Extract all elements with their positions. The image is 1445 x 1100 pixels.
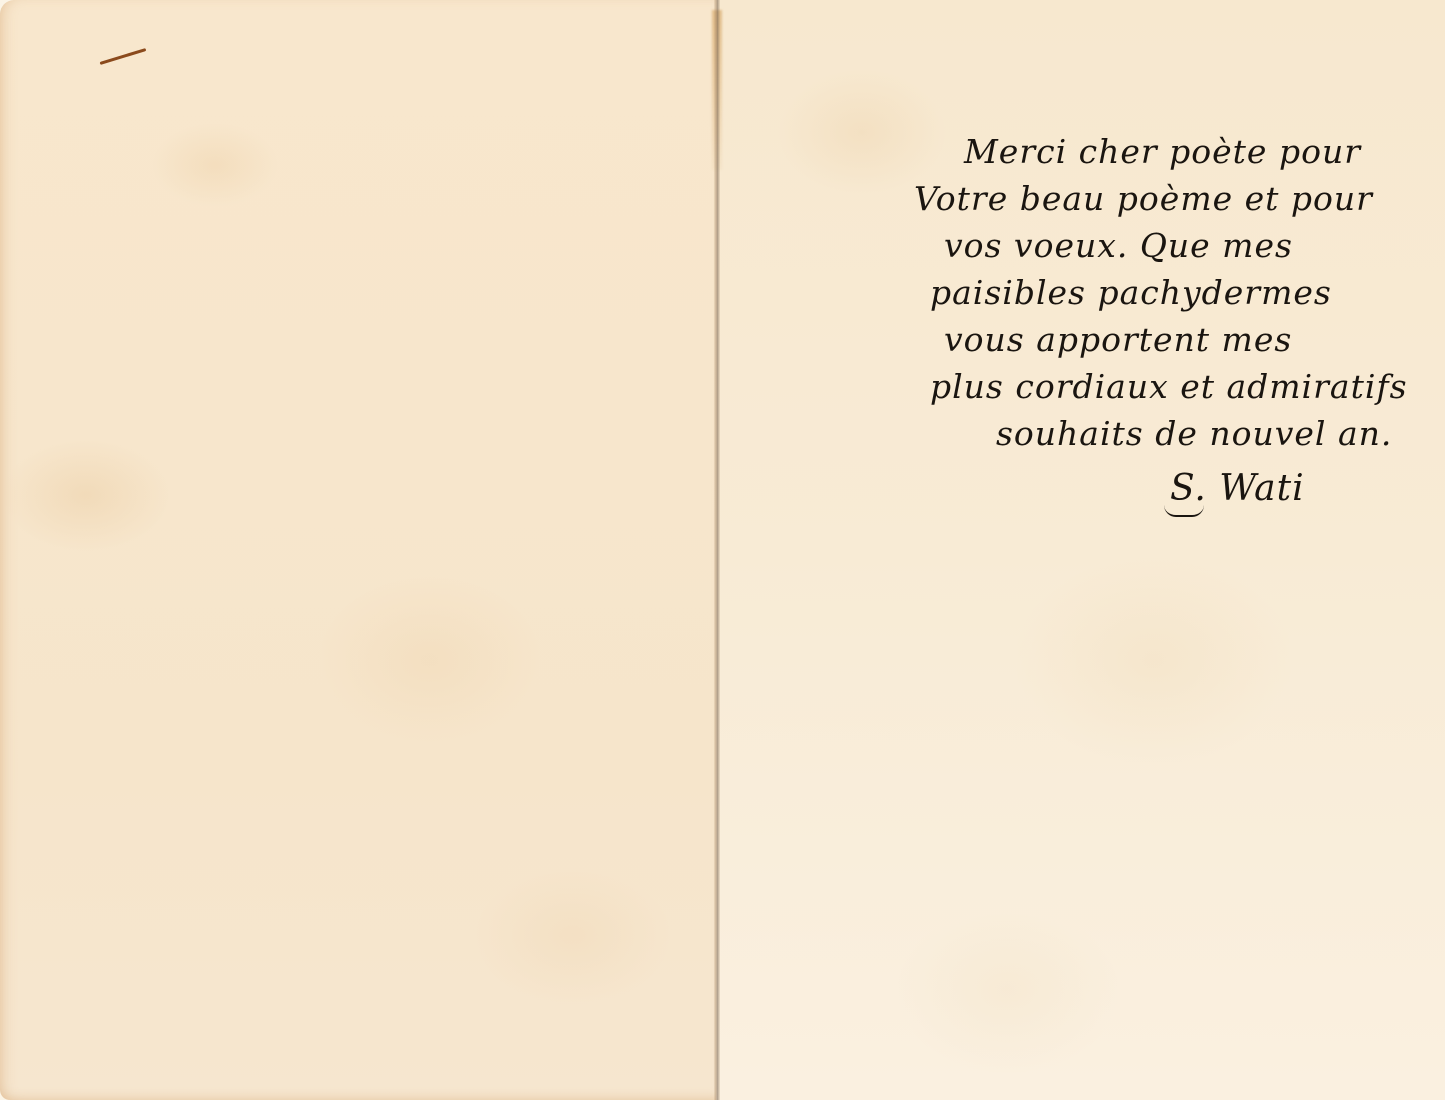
letter-line: Votre beau poème et pour — [900, 175, 1420, 222]
scanned-letter: Merci cher poète pour Votre beau poème e… — [0, 0, 1445, 1100]
letter-line: vos voeux. Que mes — [900, 222, 1420, 269]
left-page-blank — [0, 0, 716, 1100]
letter-line: paisibles pachydermes — [900, 269, 1420, 316]
letter-body: Merci cher poète pour Votre beau poème e… — [900, 128, 1420, 457]
signature: S. Wati — [1170, 468, 1305, 509]
letter-line: Merci cher poète pour — [900, 128, 1420, 175]
letter-line: vous apportent mes — [900, 316, 1420, 363]
center-fold — [714, 0, 720, 1100]
letter-line: plus cordiaux et admiratifs — [900, 363, 1420, 410]
signature-flourish — [1164, 505, 1204, 517]
letter-line: souhaits de nouvel an. — [900, 410, 1420, 457]
